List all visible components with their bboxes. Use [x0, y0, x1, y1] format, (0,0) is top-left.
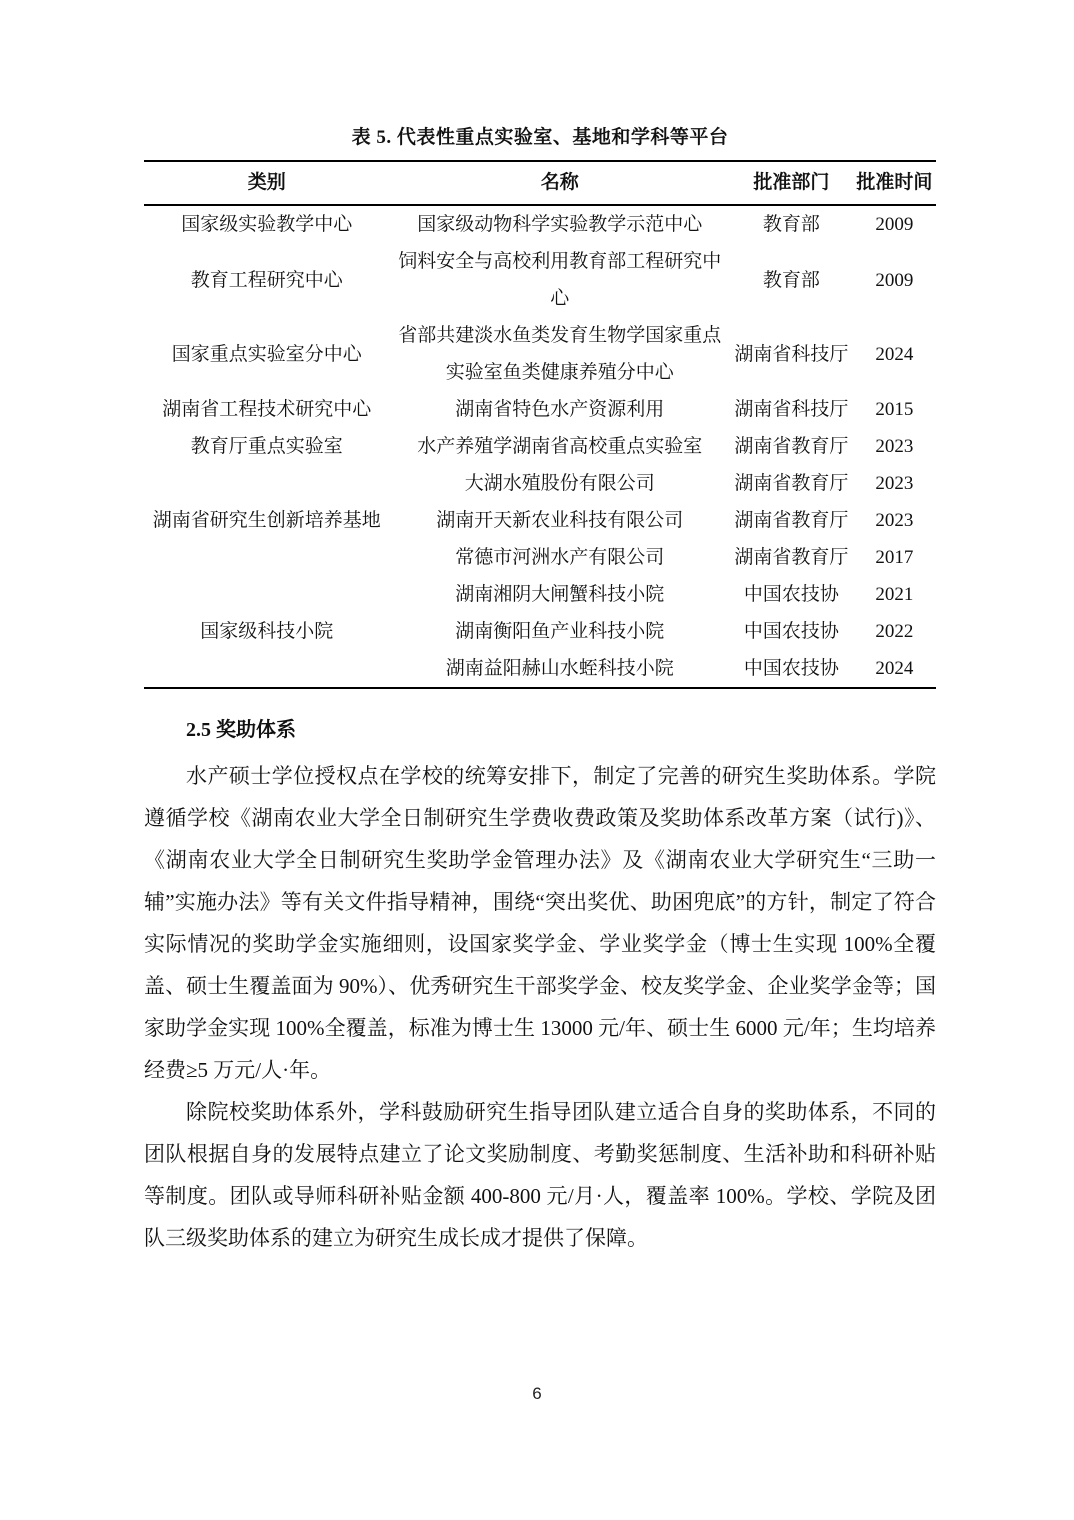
header-category: 类别 [144, 161, 390, 205]
cell-category: 湖南省研究生创新培养基地 [144, 465, 390, 576]
cell-category: 国家级实验教学中心 [144, 205, 390, 243]
cell-dept: 湖南省教育厅 [730, 502, 853, 539]
cell-name: 湖南开天新农业科技有限公司 [390, 502, 731, 539]
cell-name: 饲料安全与高校利用教育部工程研究中心 [390, 243, 731, 317]
cell-category: 湖南省工程技术研究中心 [144, 391, 390, 428]
cell-name: 湖南省特色水产资源利用 [390, 391, 731, 428]
cell-name: 湖南衡阳鱼产业科技小院 [390, 613, 731, 650]
table-row: 教育厅重点实验室水产养殖学湖南省高校重点实验室湖南省教育厅2023 [144, 428, 936, 465]
cell-category: 国家级科技小院 [144, 576, 390, 688]
paragraph-team-subsidy: 除院校奖助体系外，学科鼓励研究生指导团队建立适合自身的奖助体系，不同的团队根据自… [144, 1091, 936, 1259]
cell-year: 2024 [853, 317, 936, 391]
cell-year: 2023 [853, 502, 936, 539]
header-year: 批准时间 [853, 161, 936, 205]
cell-category: 教育工程研究中心 [144, 243, 390, 317]
cell-dept: 湖南省教育厅 [730, 465, 853, 502]
document-page: 表 5. 代表性重点实验室、基地和学科等平台 类别 名称 批准部门 批准时间 国… [0, 0, 1074, 1520]
table-caption: 表 5. 代表性重点实验室、基地和学科等平台 [144, 124, 936, 152]
cell-year: 2022 [853, 613, 936, 650]
table-row: 国家重点实验室分中心省部共建淡水鱼类发育生物学国家重点实验室鱼类健康养殖分中心湖… [144, 317, 936, 391]
table-header-row: 类别 名称 批准部门 批准时间 [144, 161, 936, 205]
cell-dept: 教育部 [730, 243, 853, 317]
cell-year: 2021 [853, 576, 936, 613]
cell-year: 2017 [853, 539, 936, 576]
page-content: 表 5. 代表性重点实验室、基地和学科等平台 类别 名称 批准部门 批准时间 国… [144, 0, 936, 1259]
cell-dept: 中国农技协 [730, 650, 853, 688]
cell-year: 2009 [853, 243, 936, 317]
cell-name: 常德市河洲水产有限公司 [390, 539, 731, 576]
cell-year: 2015 [853, 391, 936, 428]
cell-dept: 湖南省科技厅 [730, 391, 853, 428]
cell-name: 国家级动物科学实验教学示范中心 [390, 205, 731, 243]
cell-year: 2023 [853, 465, 936, 502]
cell-name: 湖南湘阴大闸蟹科技小院 [390, 576, 731, 613]
cell-category: 国家重点实验室分中心 [144, 317, 390, 391]
paragraph-awards-system: 水产硕士学位授权点在学校的统筹安排下，制定了完善的研究生奖助体系。学院遵循学校《… [144, 755, 936, 1091]
platform-table: 类别 名称 批准部门 批准时间 国家级实验教学中心国家级动物科学实验教学示范中心… [144, 160, 936, 689]
cell-name: 省部共建淡水鱼类发育生物学国家重点实验室鱼类健康养殖分中心 [390, 317, 731, 391]
cell-category: 教育厅重点实验室 [144, 428, 390, 465]
cell-year: 2009 [853, 205, 936, 243]
cell-dept: 湖南省科技厅 [730, 317, 853, 391]
page-number: 6 [0, 1384, 1074, 1404]
cell-dept: 中国农技协 [730, 613, 853, 650]
cell-name: 大湖水殖股份有限公司 [390, 465, 731, 502]
cell-dept: 湖南省教育厅 [730, 539, 853, 576]
cell-year: 2023 [853, 428, 936, 465]
table-row: 国家级科技小院湖南湘阴大闸蟹科技小院中国农技协2021 [144, 576, 936, 613]
cell-year: 2024 [853, 650, 936, 688]
cell-name: 湖南益阳赫山水蛭科技小院 [390, 650, 731, 688]
table-row: 教育工程研究中心饲料安全与高校利用教育部工程研究中心教育部2009 [144, 243, 936, 317]
cell-dept: 教育部 [730, 205, 853, 243]
cell-dept: 湖南省教育厅 [730, 428, 853, 465]
cell-name: 水产养殖学湖南省高校重点实验室 [390, 428, 731, 465]
cell-dept: 中国农技协 [730, 576, 853, 613]
table-row: 湖南省工程技术研究中心湖南省特色水产资源利用湖南省科技厅2015 [144, 391, 936, 428]
section-heading: 2.5 奖助体系 [144, 715, 936, 745]
header-dept: 批准部门 [730, 161, 853, 205]
table-body: 国家级实验教学中心国家级动物科学实验教学示范中心教育部2009教育工程研究中心饲… [144, 205, 936, 688]
table-row: 湖南省研究生创新培养基地大湖水殖股份有限公司湖南省教育厅2023 [144, 465, 936, 502]
table-row: 国家级实验教学中心国家级动物科学实验教学示范中心教育部2009 [144, 205, 936, 243]
header-name: 名称 [390, 161, 731, 205]
